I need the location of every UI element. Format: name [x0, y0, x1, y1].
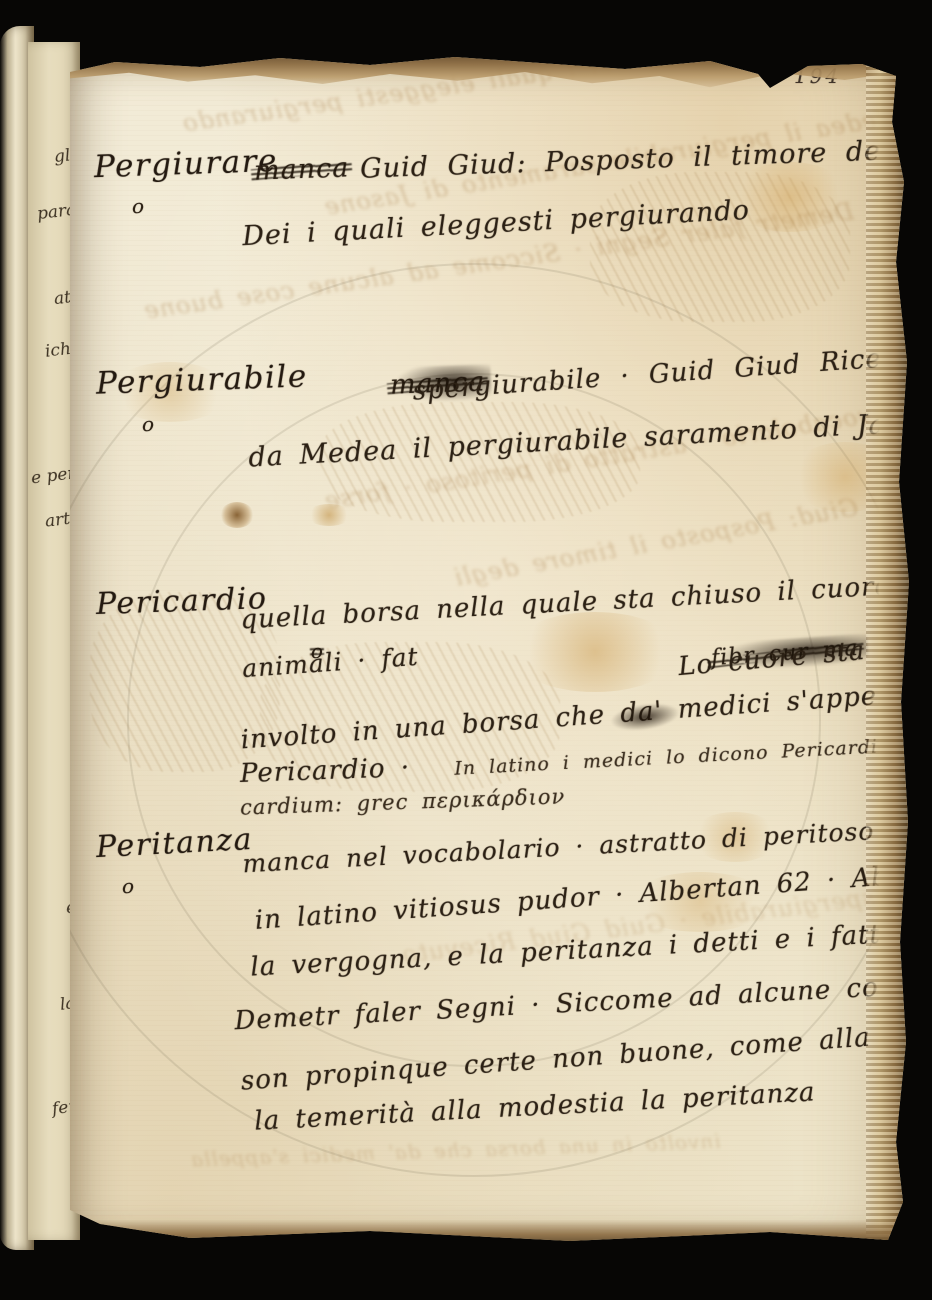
entry-headword: Pergiurabile [95, 358, 308, 401]
bleed-through-text: Dei i quali eleggesti pergiurando [180, 47, 634, 138]
manuscript-page: Dei i quali eleggesti pergiurando da Med… [70, 52, 912, 1246]
manuscript-photo: gli para ati ichi e per arti i e la fer … [0, 0, 932, 1300]
headword-mark: o [142, 412, 155, 436]
headword-mark: o [122, 874, 135, 898]
bleed-hatch [590, 172, 850, 322]
entry-line: Pericardio · [240, 753, 411, 789]
page-deckle-edge [866, 52, 912, 1246]
page-bottom-edge [70, 1220, 912, 1246]
entry-line: Guid Giud: Posposto il timore degli [360, 134, 920, 184]
headword-mark: o [132, 194, 145, 218]
struck-word: manca [253, 152, 349, 186]
